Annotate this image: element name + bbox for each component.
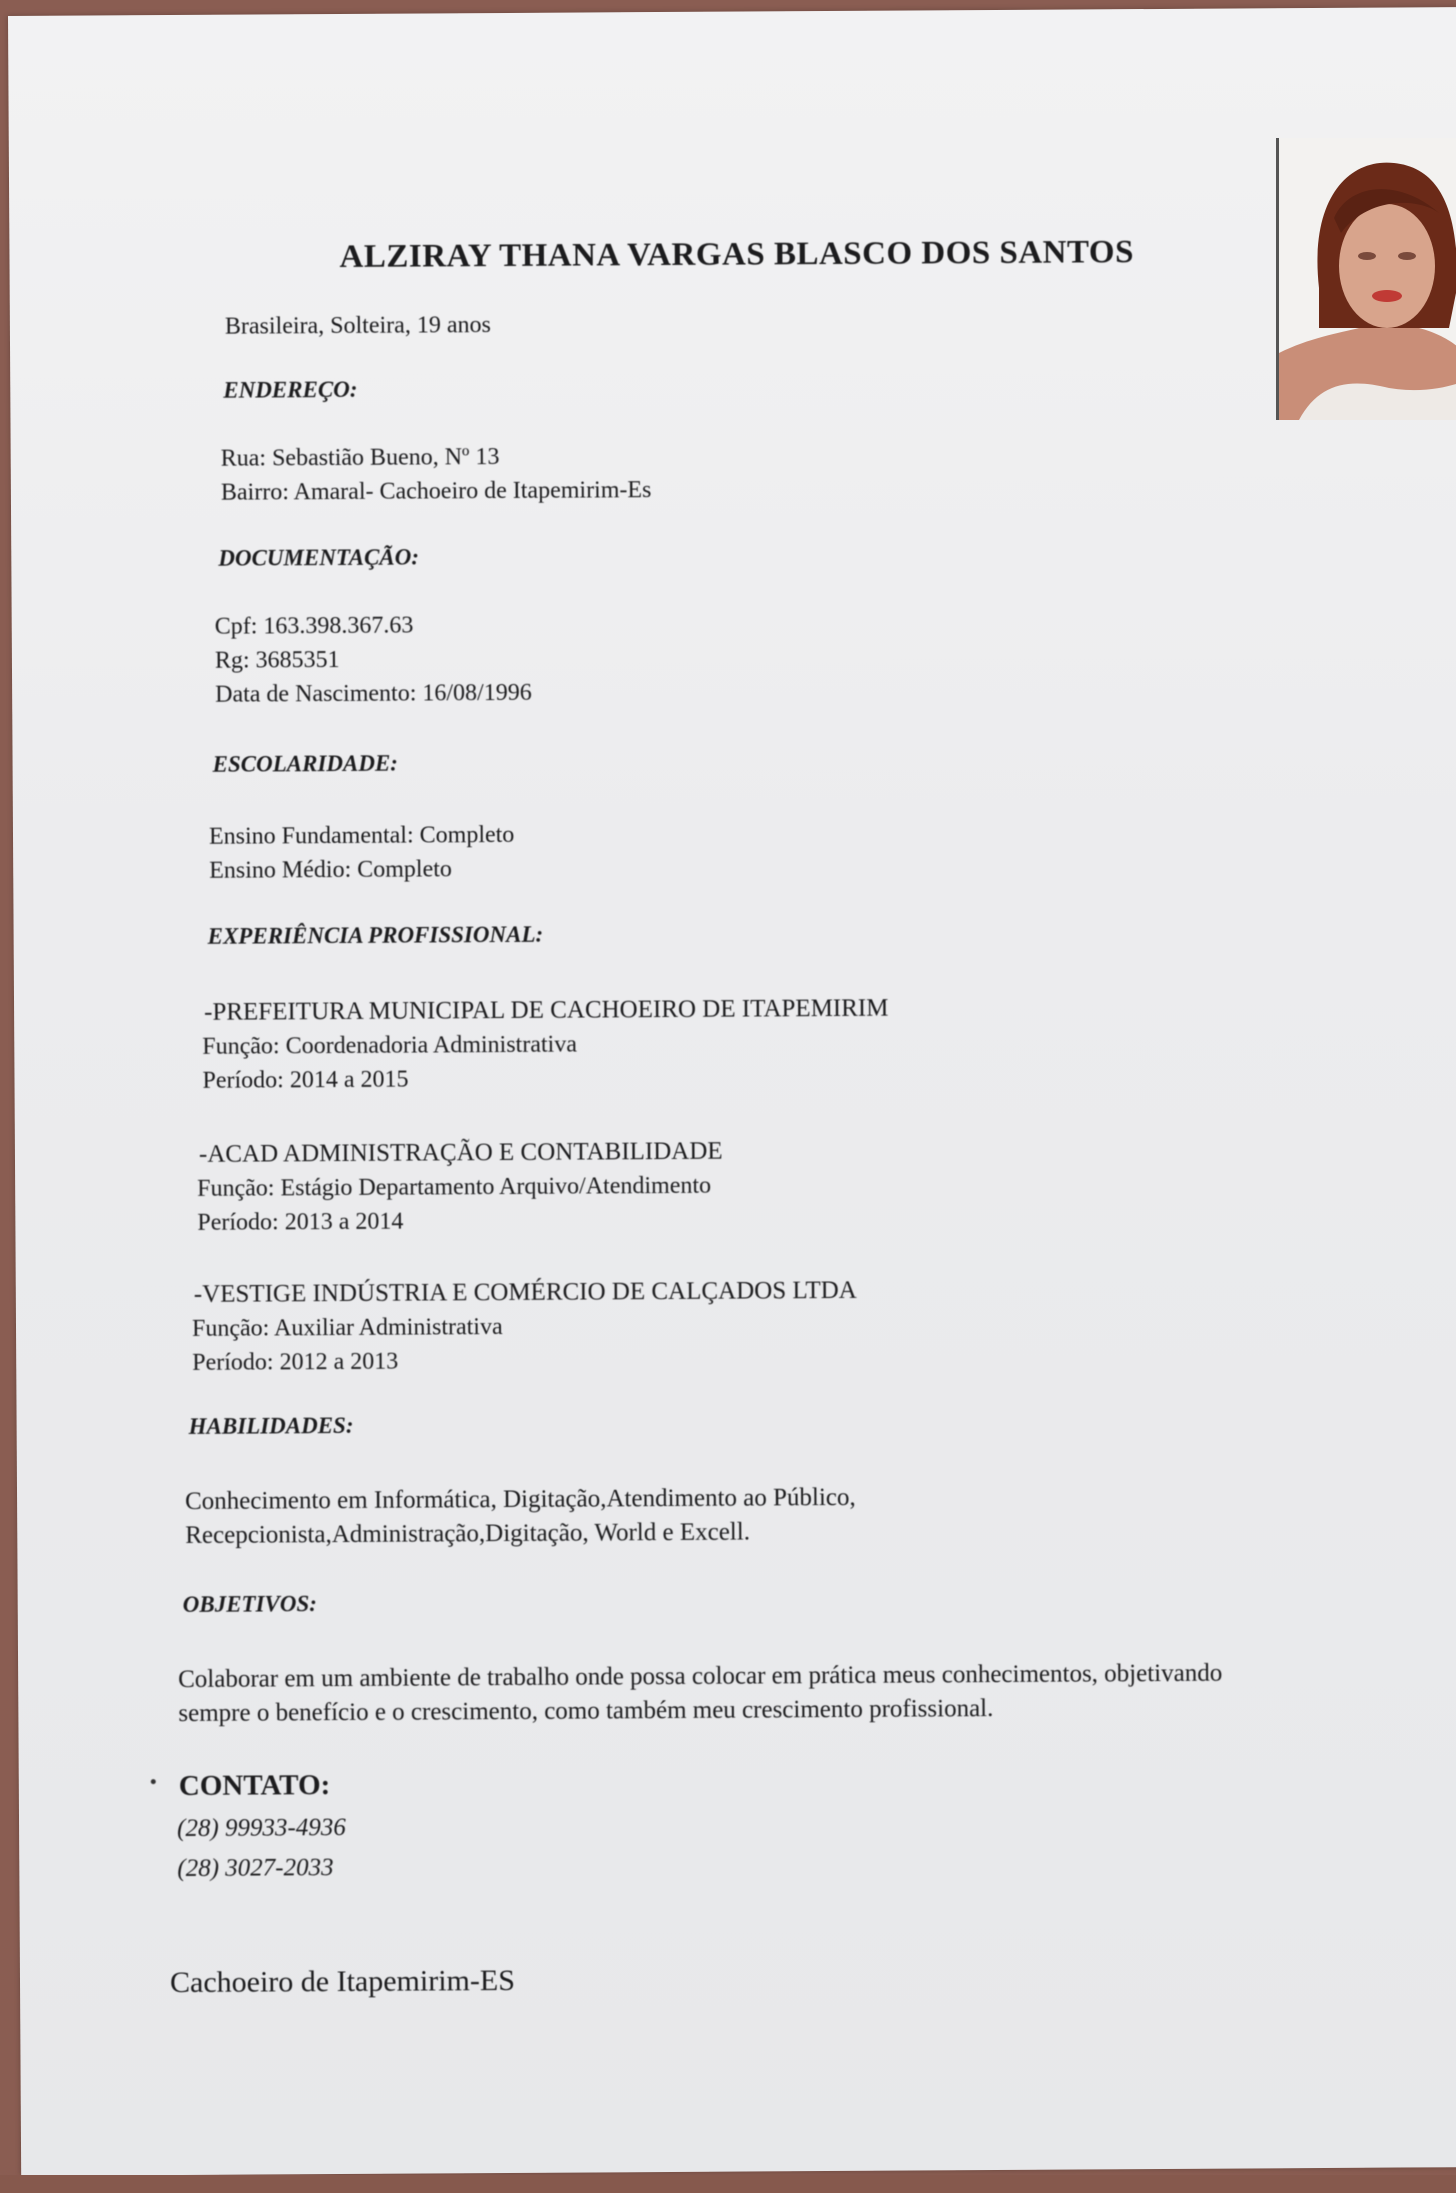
resume-content: ALZIRAY THANA VARGAS BLASCO DOS SANTOS B…: [8, 7, 1456, 2176]
contact-phone: (28) 3027-2033: [177, 1852, 333, 1885]
experience-period: Período: 2013 a 2014: [197, 1206, 403, 1239]
address-heading: ENDEREÇO:: [223, 374, 357, 407]
document-line: Data de Nascimento: 16/08/1996: [215, 677, 532, 711]
experience-period: Período: 2014 a 2015: [202, 1064, 408, 1097]
skills-heading: HABILIDADES:: [189, 1410, 354, 1443]
experience-role: Função: Coordenadoria Administrativa: [202, 1029, 577, 1063]
experience-role: Função: Auxiliar Administrativa: [192, 1311, 503, 1345]
address-line: Rua: Sebastião Bueno, Nº 13: [221, 441, 500, 475]
contact-heading: CONTATO:: [179, 1769, 331, 1802]
experience-company: -ACAD ADMINISTRAÇÃO E CONTABILIDADE: [199, 1136, 723, 1171]
experience-heading: EXPERIÊNCIA PROFISSIONAL:: [208, 919, 544, 953]
portrait-image: [1279, 138, 1456, 420]
city-signature: Cachoeiro de Itapemirim-ES: [170, 1965, 515, 1999]
skills-text: Conhecimento em Informática, Digitação,A…: [185, 1480, 1025, 1553]
table-surface: [0, 2175, 1456, 2193]
objectives-text: Colaborar em um ambiente de trabalho ond…: [178, 1656, 1258, 1731]
documents-heading: DOCUMENTAÇÃO:: [218, 541, 419, 574]
experience-company: -PREFEITURA MUNICIPAL DE CACHOEIRO DE IT…: [204, 993, 889, 1029]
resume-paper: ALZIRAY THANA VARGAS BLASCO DOS SANTOS B…: [8, 7, 1456, 2176]
bullet-icon: [151, 1779, 156, 1784]
profile-photo: [1276, 138, 1456, 420]
candidate-name: ALZIRAY THANA VARGAS BLASCO DOS SANTOS: [339, 234, 1134, 276]
education-line: Ensino Médio: Completo: [209, 853, 452, 886]
education-line: Ensino Fundamental: Completo: [209, 819, 515, 853]
experience-role: Função: Estágio Departamento Arquivo/Ate…: [197, 1170, 711, 1205]
personal-info: Brasileira, Solteira, 19 anos: [225, 309, 491, 343]
objectives-heading: OBJETIVOS:: [183, 1588, 317, 1621]
document-line: Cpf: 163.398.367.63: [215, 610, 414, 643]
education-heading: ESCOLARIDADE:: [212, 748, 398, 781]
document-line: Rg: 3685351: [215, 644, 340, 677]
contact-phone: (28) 99933-4936: [177, 1812, 346, 1845]
experience-period: Período: 2012 a 2013: [192, 1346, 398, 1379]
address-line: Bairro: Amaral- Cachoeiro de Itapemirim-…: [221, 474, 652, 509]
experience-company: -VESTIGE INDÚSTRIA E COMÉRCIO DE CALÇADO…: [194, 1275, 857, 1311]
